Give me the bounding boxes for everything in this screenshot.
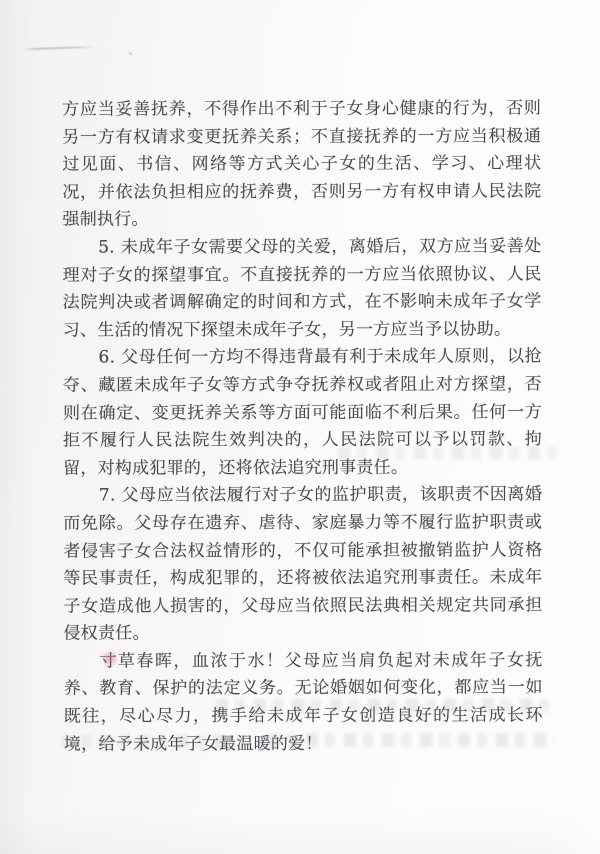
document-text-block: 方应当妥善抚养，不得作出不利于子女身心健康的行为，否则另一方有权请求变更抚养关系… xyxy=(62,95,543,759)
scanned-document-page: 方应当妥善抚养，不得作出不利于子女身心健康的行为，否则另一方有权请求变更抚养关系… xyxy=(0,0,600,854)
pencil-mark xyxy=(22,46,98,51)
paragraph-closing: 寸草春晖，血浓于水！父母应当肩负起对未成年子女抚养、教育、保护的法定义务。无论婚… xyxy=(64,647,543,759)
pencil-dot xyxy=(129,52,132,55)
paragraph-item-7: 7. 父母应当依法履行对子女的监护职责，该职责不因离婚而免除。父母存在遗弃、虐待… xyxy=(63,482,542,649)
paragraph-item-6: 6. 父母任何一方均不得违背最有利于未成年人原则，以抢夺、藏匿未成年子女等方式争… xyxy=(63,344,542,483)
paragraph-item-5: 5. 未成年子女需要父母的关爱，离婚后，双方应当妥善处理对子女的探望事宜。不直接… xyxy=(62,233,541,345)
paragraph-continuation: 方应当妥善抚养，不得作出不利于子女身心健康的行为，否则另一方有权请求变更抚养关系… xyxy=(62,95,541,234)
